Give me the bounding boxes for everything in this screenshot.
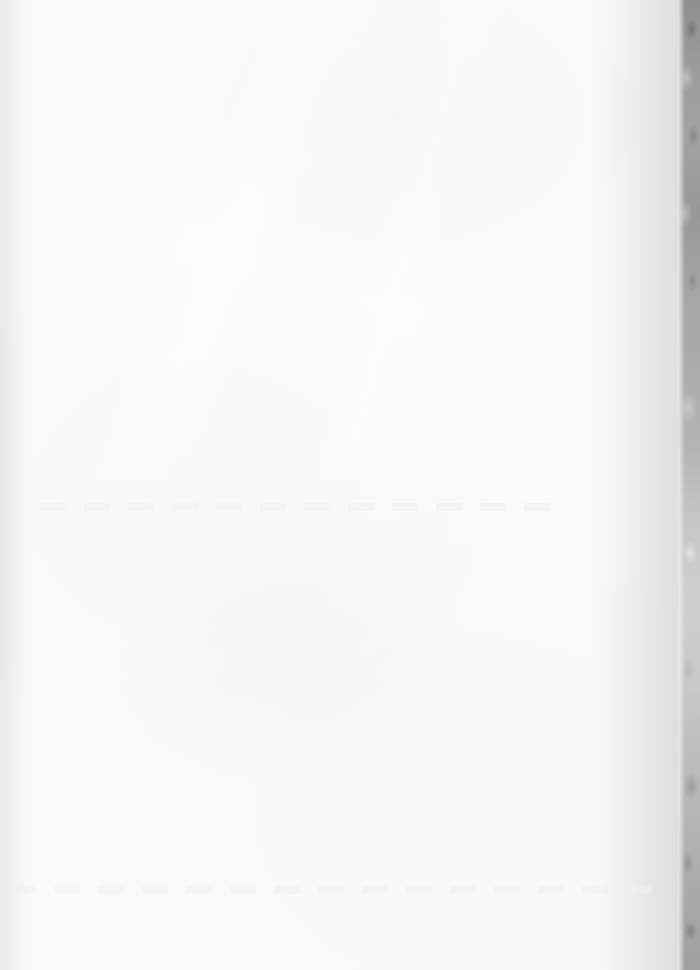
right-edge-shading [602,0,682,970]
paper-surface [0,0,700,970]
scanned-blank-page [0,0,700,970]
book-fore-edge-texture [678,0,700,970]
left-gutter-shadow [0,0,28,970]
